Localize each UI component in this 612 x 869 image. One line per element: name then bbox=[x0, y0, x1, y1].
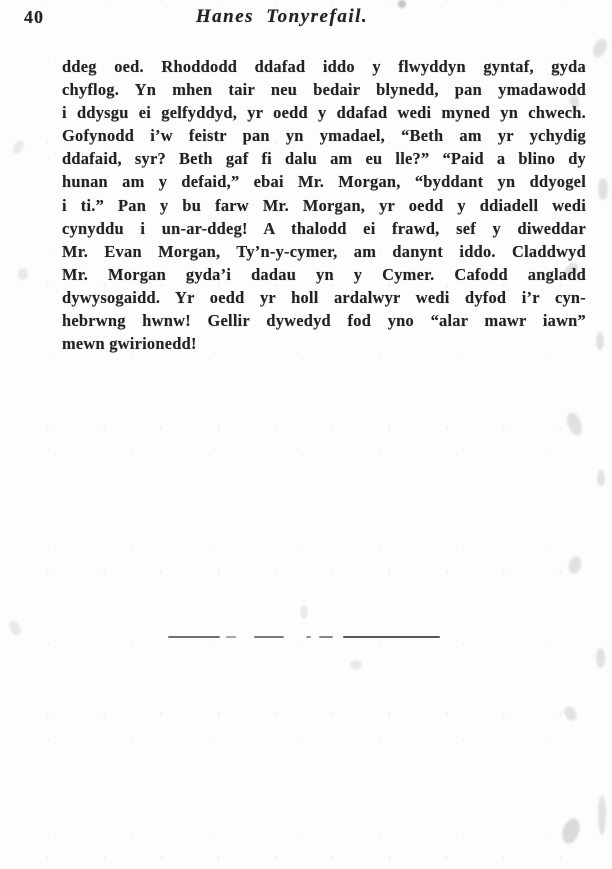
text-line: Mr. Morgan gyda’i dadau yn y Cymer. Cafo… bbox=[62, 263, 586, 286]
text-line: ddeg oed. Rhoddodd ddafad iddo y flwyddy… bbox=[62, 55, 586, 78]
text-line: i ti.” Pan y bu farw Mr. Morgan, yr oedd… bbox=[62, 194, 586, 217]
body-text: ddeg oed. Rhoddodd ddafad iddo y flwyddy… bbox=[62, 55, 586, 355]
scan-artifact bbox=[598, 795, 606, 835]
text-line: Gofynodd i’w feistr pan yn ymadael, “Bet… bbox=[62, 124, 586, 147]
scan-artifact bbox=[597, 470, 605, 486]
scan-artifact bbox=[398, 0, 406, 8]
divider-segment bbox=[319, 636, 333, 638]
scan-artifact bbox=[350, 660, 362, 670]
scan-artifact bbox=[564, 411, 584, 438]
divider-segment bbox=[343, 636, 440, 639]
text-line: hunan am y defaid,” ebai Mr. Morgan, “by… bbox=[62, 170, 586, 193]
text-line: mewn gwirionedd! bbox=[62, 332, 586, 355]
scan-artifact bbox=[596, 648, 605, 668]
scan-artifact bbox=[300, 605, 308, 619]
scan-artifact bbox=[7, 619, 23, 638]
text-line: ddafaid, syr? Beth gaf fi dalu am eu lle… bbox=[62, 147, 586, 170]
scan-artifact bbox=[567, 555, 583, 575]
divider-segment bbox=[226, 636, 236, 638]
scanned-book-page: 40 Hanes Tonyrefail. ddeg oed. Rhoddodd … bbox=[0, 0, 612, 869]
scan-artifact bbox=[562, 704, 579, 722]
text-line: Mr. Evan Morgan, Ty’n-y-cymer, am danynt… bbox=[62, 240, 586, 263]
running-title: Hanes Tonyrefail. bbox=[0, 6, 588, 28]
text-line: hebrwng hwnw! Gellir dywedyd fod yno “al… bbox=[62, 309, 586, 332]
scan-artifact bbox=[596, 332, 604, 350]
divider-segment bbox=[254, 636, 284, 638]
scan-artifact bbox=[18, 268, 28, 280]
text-line: chyflog. Yn mhen tair neu bedair blynedd… bbox=[62, 78, 586, 101]
text-line: dywysogaidd. Yr oedd yr holl ardalwyr we… bbox=[62, 286, 586, 309]
text-line: i ddysgu ei gelfyddyd, yr oedd y ddafad … bbox=[62, 101, 586, 124]
divider-segment bbox=[306, 636, 311, 638]
scan-artifact bbox=[11, 139, 26, 156]
scan-artifact bbox=[598, 178, 608, 200]
section-divider bbox=[168, 635, 440, 639]
divider-segment bbox=[168, 636, 220, 638]
scan-artifact bbox=[559, 816, 583, 846]
scan-artifact bbox=[590, 36, 609, 59]
text-line: cynyddu i un-ar-ddeg! A thalodd ei frawd… bbox=[62, 217, 586, 240]
